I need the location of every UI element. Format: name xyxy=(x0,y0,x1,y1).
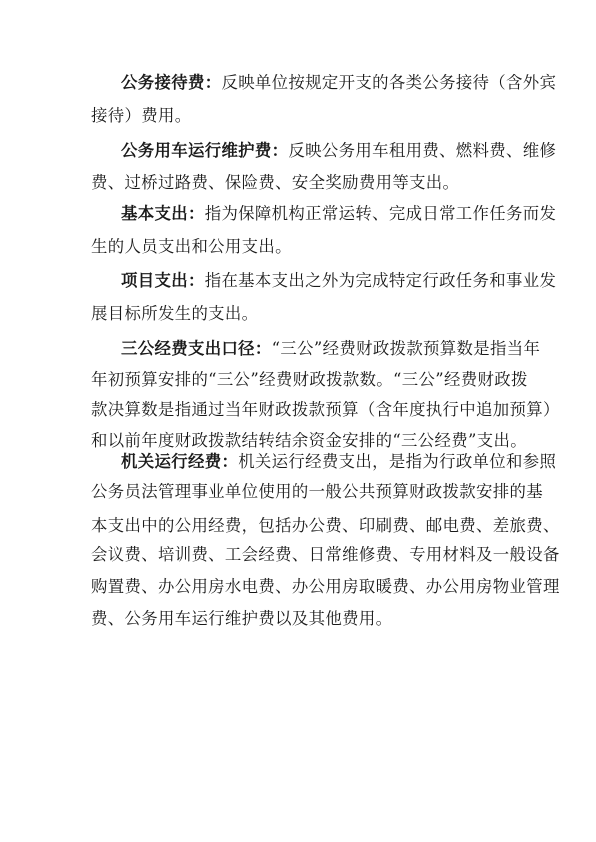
paragraph-text: 机关运行经费支出，是指为行政单位和参照 xyxy=(238,452,556,471)
term-heading: 项目支出： xyxy=(121,271,205,290)
paragraph-line: 公务用车运行维护费：反映公务用车租用费、燃料费、维修 xyxy=(121,140,507,162)
paragraph-line: 费、过桥过路费、保险费、安全奖励费用等支出。 xyxy=(91,172,507,194)
paragraph-line: 机关运行经费：机关运行经费支出，是指为行政单位和参照 xyxy=(121,451,507,473)
paragraph-line: 三公经费支出口径：“三公”经费财政拨款预算数是指当年 xyxy=(121,338,507,360)
paragraph-text: 指在基本支出之外为完成特定行政任务和事业发 xyxy=(205,271,557,290)
paragraph-line: 本支出中的公用经费，包括办公费、印刷费、邮电费、差旅费、 xyxy=(91,515,507,537)
term-heading: 基本支出： xyxy=(121,204,205,223)
term-heading: 机关运行经费： xyxy=(121,452,238,471)
paragraph-line: 接待）费用。 xyxy=(91,105,507,127)
paragraph-line: 生的人员支出和公用支出。 xyxy=(91,236,507,258)
paragraph-text: “三公”经费财政拨款预算数是指当年 xyxy=(272,339,541,358)
paragraph-line: 会议费、培训费、工会经费、日常维修费、专用材料及一般设备 xyxy=(91,544,507,566)
paragraph-line: 基本支出：指为保障机构正常运转、完成日常工作任务而发 xyxy=(121,203,507,225)
paragraph-line: 项目支出：指在基本支出之外为完成特定行政任务和事业发 xyxy=(121,270,507,292)
paragraph-line: 款决算数是指通过当年财政拨款预算（含年度执行中追加预算） xyxy=(91,399,507,421)
paragraph-text: 反映单位按规定开支的各类公务接待（含外宾 xyxy=(221,73,556,92)
term-heading: 公务接待费： xyxy=(121,73,221,92)
paragraph-line: 公务接待费：反映单位按规定开支的各类公务接待（含外宾 xyxy=(121,72,507,94)
paragraph-line: 费、公务用车运行维护费以及其他费用。 xyxy=(91,608,507,630)
paragraph-text: 反映公务用车租用费、燃料费、维修 xyxy=(288,141,556,160)
document-page: 公务接待费：反映单位按规定开支的各类公务接待（含外宾 接待）费用。 公务用车运行… xyxy=(0,0,596,842)
paragraph-line: 购置费、办公用房水电费、办公用房取暖费、办公用房物业管理 xyxy=(91,576,507,598)
paragraph-line: 公务员法管理事业单位使用的一般公共预算财政拨款安排的基 xyxy=(91,481,507,503)
paragraph-line: 和以前年度财政拨款结转结余资金安排的“三公经费”支出。 xyxy=(91,430,507,452)
paragraph-line: 展目标所发生的支出。 xyxy=(91,303,507,325)
paragraph-text: 指为保障机构正常运转、完成日常工作任务而发 xyxy=(205,204,557,223)
paragraph-line: 年初预算安排的“三公”经费财政拨款数。“三公”经费财政拨 xyxy=(91,369,507,391)
term-heading: 三公经费支出口径： xyxy=(121,339,272,358)
term-heading: 公务用车运行维护费： xyxy=(121,141,288,160)
